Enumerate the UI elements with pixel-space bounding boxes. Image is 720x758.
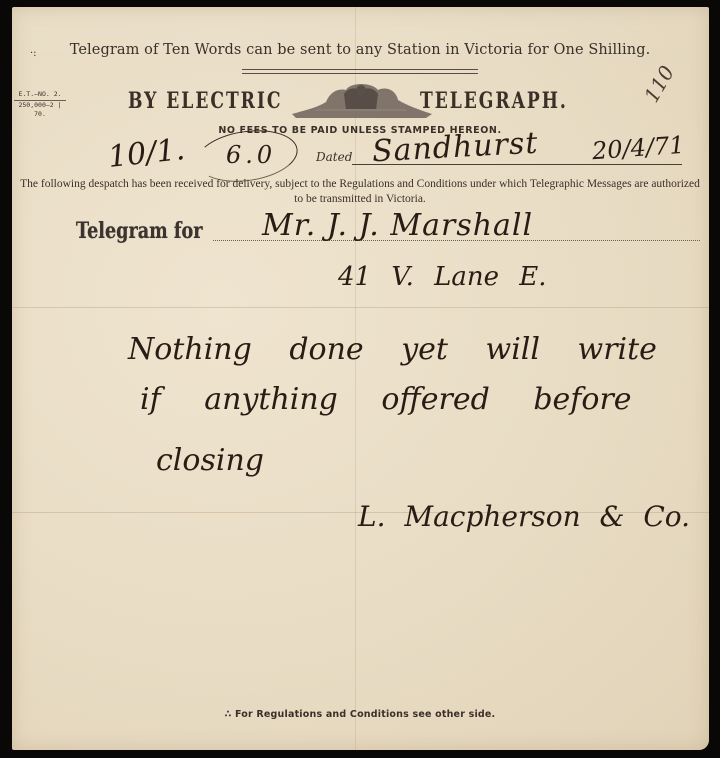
no-fees-notice: NO FEES TO BE PAID UNLESS STAMPED HEREON… <box>0 125 720 136</box>
headline-double-rule <box>242 69 478 74</box>
title-by-electric: BY ELECTRIC <box>128 88 282 114</box>
address-handwritten: 41 V. Lane E. <box>338 262 547 292</box>
message-line: closing <box>156 443 264 478</box>
headline-text: Telegram of Ten Words can be sent to any… <box>0 42 720 58</box>
form-number-line1: E.T.—NO. 2. <box>14 90 66 101</box>
paper-fold-line <box>12 307 709 308</box>
title-telegraph: TELEGRAPH. <box>420 88 568 114</box>
preamble-text: The following despatch has been received… <box>20 177 700 207</box>
recipient-handwritten: Mr. J. J. Marshall <box>262 208 533 243</box>
footer-notice: ∴ For Regulations and Conditions see oth… <box>0 709 720 720</box>
message-line: Nothing done yet will write <box>128 332 657 367</box>
telegram-for-label: Telegram for <box>76 218 202 244</box>
form-number-line2: 250,000—2 | 70. <box>14 101 66 119</box>
coat-of-arms-icon <box>286 80 436 120</box>
charge-handwritten: 6.0 <box>226 141 276 169</box>
message-line: if anything offered before <box>140 382 632 417</box>
dated-label: Dated <box>316 150 352 164</box>
form-number: E.T.—NO. 2. 250,000—2 | 70. <box>14 90 66 119</box>
signature-handwritten: L. Macpherson & Co. <box>358 500 690 533</box>
